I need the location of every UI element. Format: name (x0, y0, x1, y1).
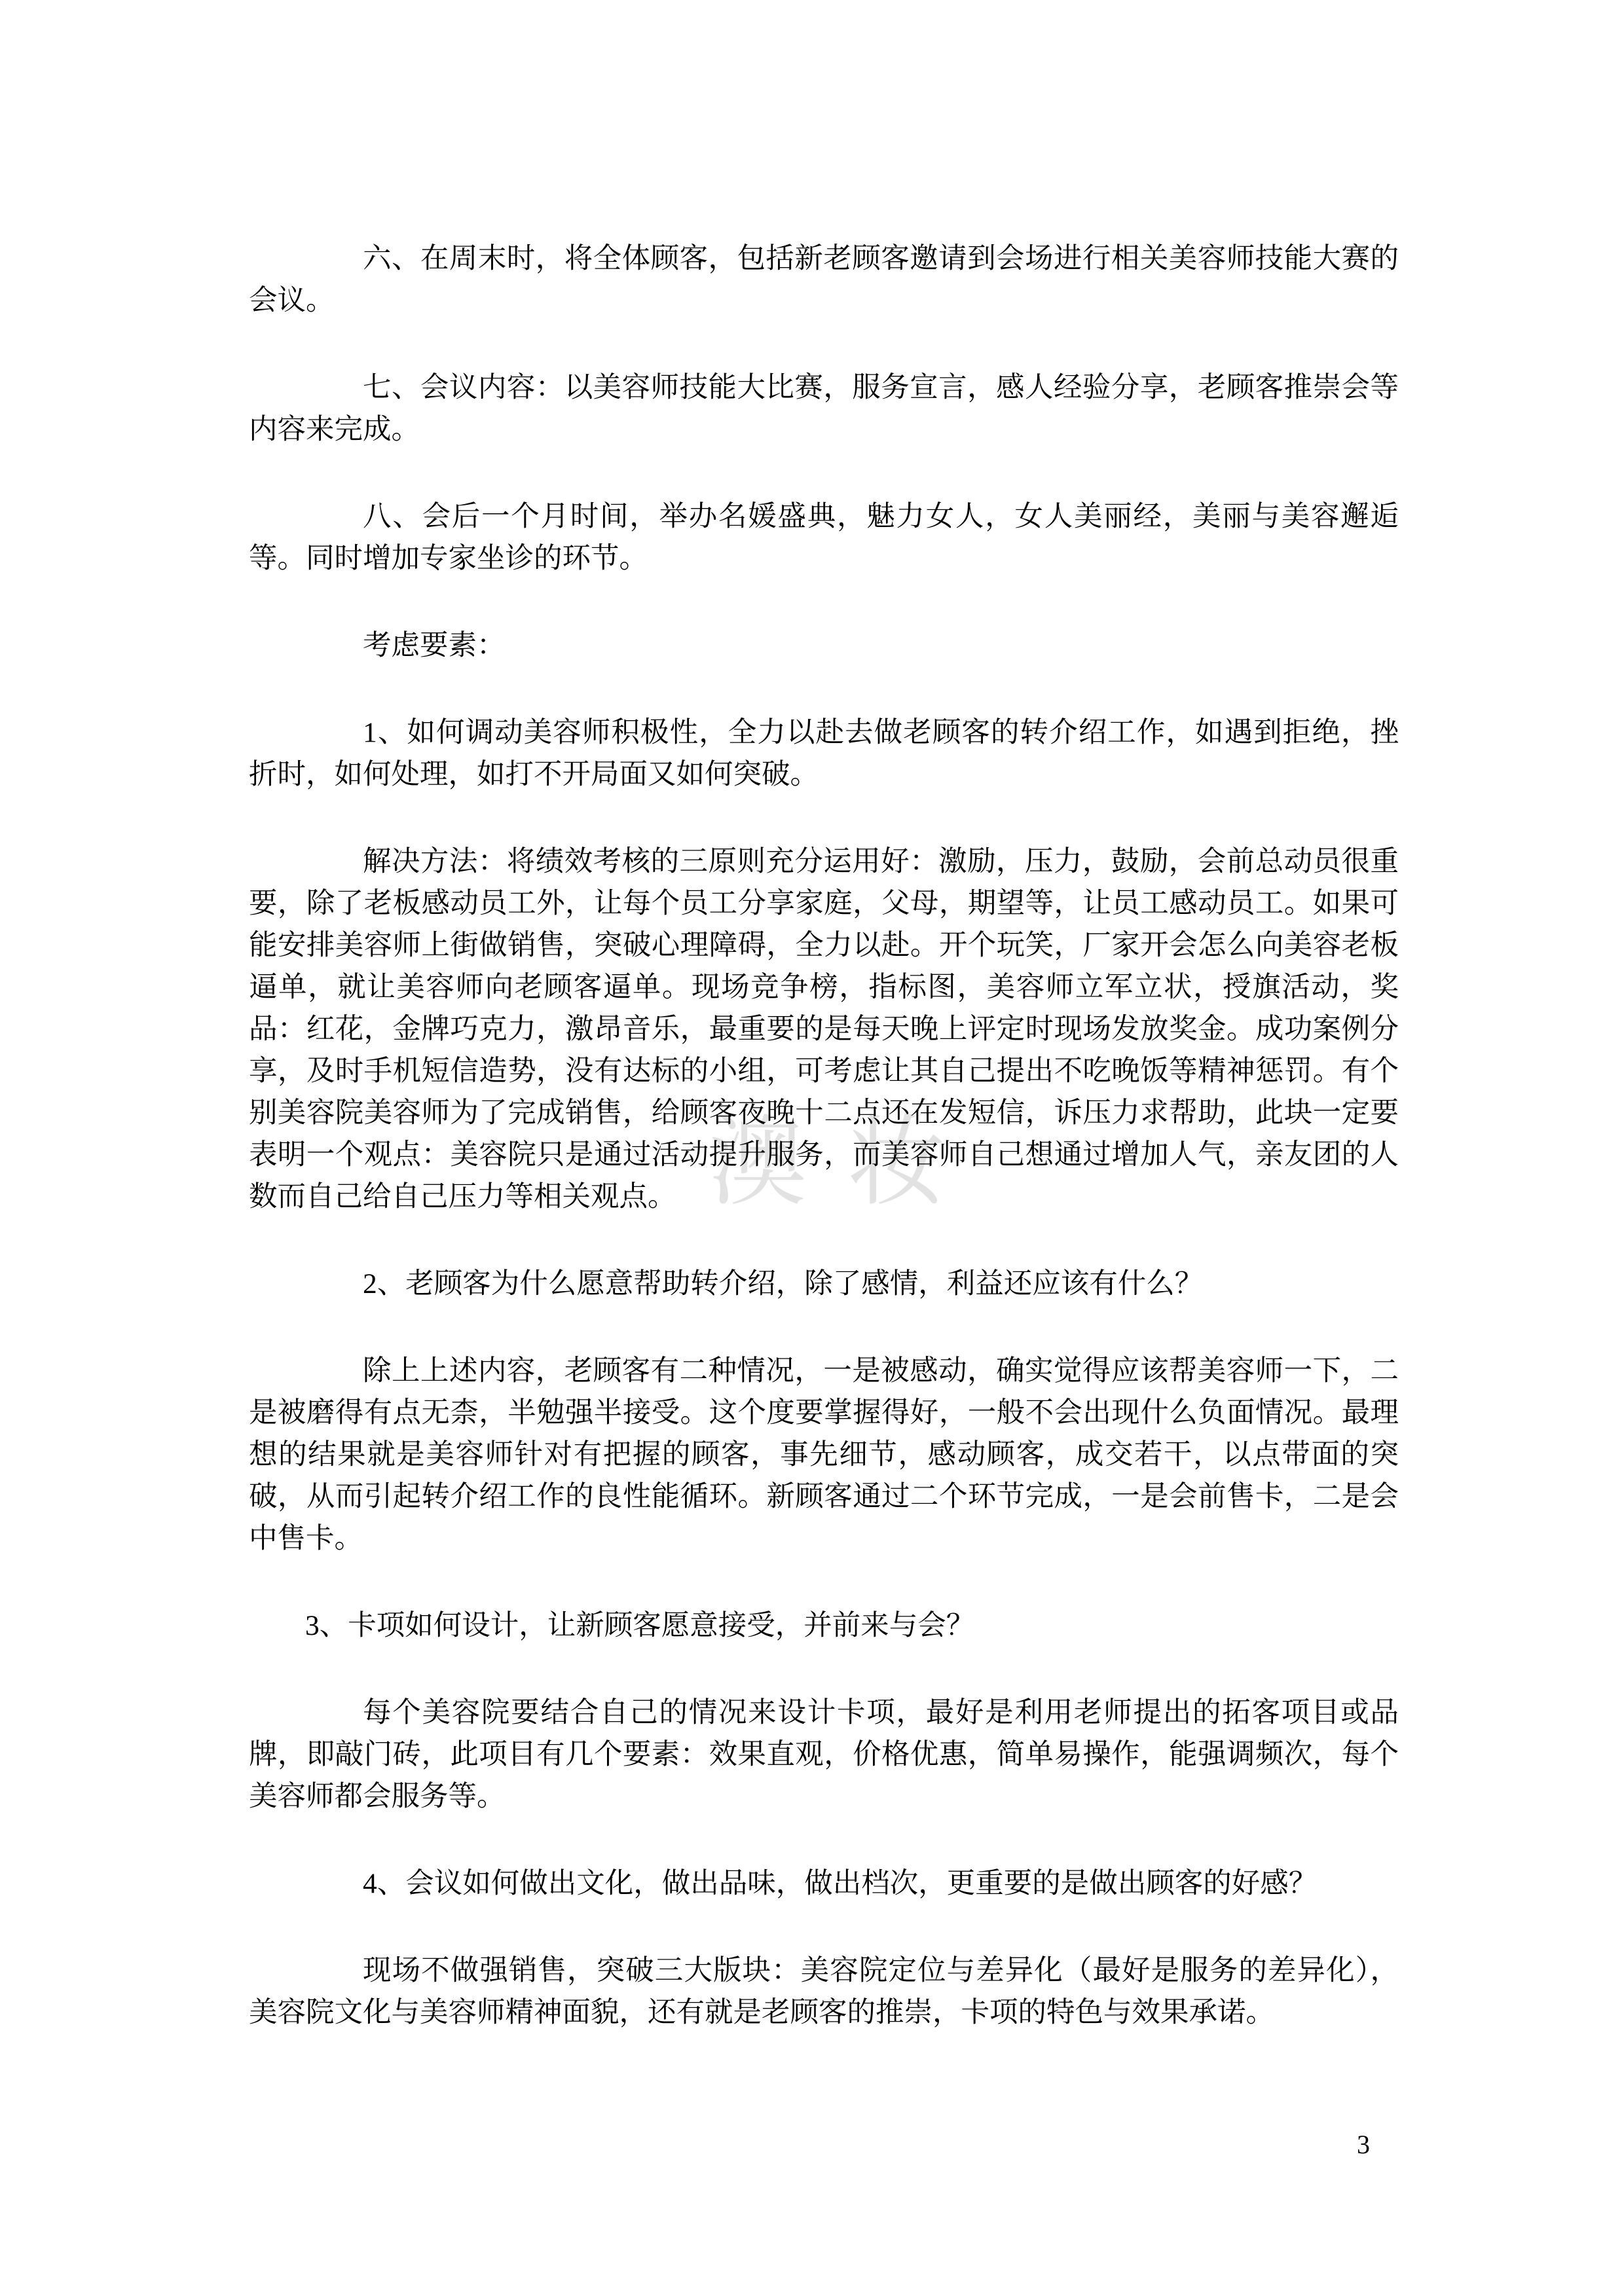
document-page: 澳妆 六、在周末时，将全体顾客，包括新老顾客邀请到会场进行相关美容师技能大赛的会… (0, 0, 1624, 2296)
paragraph-q3-answer: 每个美容院要结合自己的情况来设计卡项，最好是利用老师提出的拓客项目或品牌，即敲门… (249, 1692, 1399, 1817)
document-body: 六、在周末时，将全体顾客，包括新老顾客邀请到会场进行相关美容师技能大赛的会议。 … (249, 238, 1399, 2079)
paragraph-q2-referral-reason: 2、老顾客为什么愿意帮助转介绍，除了感情，利益还应该有什么？ (249, 1263, 1399, 1305)
paragraph-6-weekend-invite: 六、在周末时，将全体顾客，包括新老顾客邀请到会场进行相关美容师技能大赛的会议。 (249, 238, 1399, 321)
paragraph-7-meeting-content: 七、会议内容：以美容师技能大比赛，服务宣言，感人经验分享，老顾客推崇会等内容来完… (249, 367, 1399, 450)
paragraph-considerations-heading: 考虑要素： (249, 625, 1399, 666)
paragraph-8-after-meeting: 八、会后一个月时间，举办名媛盛典，魅力女人，女人美丽经，美丽与美容邂逅等。同时增… (249, 496, 1399, 579)
paragraph-q2-answer: 除上上述内容，老顾客有二种情况，一是被感动，确实觉得应该帮美容师一下，二是被磨得… (249, 1350, 1399, 1559)
paragraph-q3-card-design: 3、卡项如何设计，让新顾客愿意接受，并前来与会？ (249, 1605, 1399, 1647)
paragraph-q4-meeting-culture: 4、会议如何做出文化，做出品味，做出档次，更重要的是做出顾客的好感？ (249, 1863, 1399, 1904)
paragraph-q4-answer: 现场不做强销售，突破三大版块：美容院定位与差异化（最好是服务的差异化），美容院文… (249, 1950, 1399, 2033)
page-number: 3 (1357, 2129, 1396, 2160)
paragraph-q1-solution: 解决方法：将绩效考核的三原则充分运用好：激励，压力，鼓励，会前总动员很重要，除了… (249, 841, 1399, 1218)
paragraph-q1-motivation: 1、如何调动美容师积极性，全力以赴去做老顾客的转介绍工作，如遇到拒绝，挫折时，如… (249, 712, 1399, 795)
